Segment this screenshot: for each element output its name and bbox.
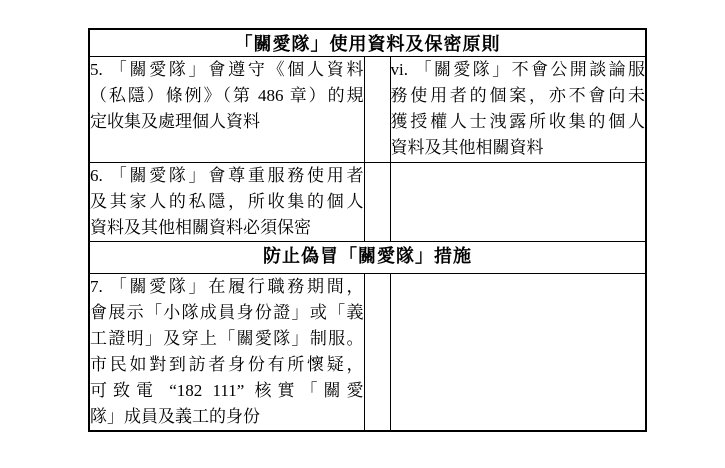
item-6-cell: 6. 「關愛隊」會尊重服務使用者及其家人的私隱，所收集的個人資料及其他相關資料必… <box>89 163 364 242</box>
text-line: 獲授權人士洩露所收集的個人 <box>391 109 646 135</box>
table-row: 6. 「關愛隊」會尊重服務使用者及其家人的私隱，所收集的個人資料及其他相關資料必… <box>89 163 646 242</box>
section1-header-row: 「關愛隊」使用資料及保密原則 <box>89 29 646 57</box>
item-5-cell: 5. 「關愛隊」會遵守《個人資料（私隱）條例》（第 486 章）的規定收集及處理… <box>89 57 364 163</box>
table-row: 7. 「關愛隊」在履行職務期間，會展示「小隊成員身份證」或「義工證明」及穿上「關… <box>89 274 646 432</box>
item-7-cell: 7. 「關愛隊」在履行職務期間，會展示「小隊成員身份證」或「義工證明」及穿上「關… <box>89 274 364 432</box>
section1-header: 「關愛隊」使用資料及保密原則 <box>89 29 646 57</box>
text-line: 可致電 “182 111” 核實「關愛 <box>90 378 364 404</box>
empty-cell <box>390 163 646 242</box>
spacer-cell <box>364 163 390 242</box>
text-line: 及其家人的私隱，所收集的個人 <box>90 189 364 215</box>
text-line: 定收集及處理個人資料 <box>90 109 364 135</box>
document-page: 「關愛隊」使用資料及保密原則 5. 「關愛隊」會遵守《個人資料（私隱）條例》（第… <box>0 0 725 468</box>
section2-header: 防止偽冒「關愛隊」措施 <box>89 242 646 274</box>
text-line: 資料及其他相關資料 <box>391 135 646 161</box>
spacer-cell <box>364 274 390 432</box>
text-line: 5. 「關愛隊」會遵守《個人資料 <box>90 57 364 83</box>
empty-cell <box>390 274 646 432</box>
section2-header-row: 防止偽冒「關愛隊」措施 <box>89 242 646 274</box>
text-line: vi. 「關愛隊」不會公開談論服 <box>391 57 646 83</box>
text-line: 務使用者的個案，亦不會向未 <box>391 83 646 109</box>
text-line: 市民如對到訪者身份有所懷疑， <box>90 352 364 378</box>
text-line: 工證明」及穿上「關愛隊」制服。 <box>90 326 364 352</box>
text-line: （私隱）條例》（第 486 章）的規 <box>90 83 364 109</box>
item-vi-cell: vi. 「關愛隊」不會公開談論服務使用者的個案，亦不會向未獲授權人士洩露所收集的… <box>390 57 646 163</box>
text-line: 會展示「小隊成員身份證」或「義 <box>90 300 364 326</box>
info-table: 「關愛隊」使用資料及保密原則 5. 「關愛隊」會遵守《個人資料（私隱）條例》（第… <box>88 28 647 432</box>
text-line: 資料及其他相關資料必須保密 <box>90 215 364 241</box>
text-line: 6. 「關愛隊」會尊重服務使用者 <box>90 163 364 189</box>
text-line: 隊」成員及義工的身份 <box>90 404 364 430</box>
spacer-cell <box>364 57 390 163</box>
table-row: 5. 「關愛隊」會遵守《個人資料（私隱）條例》（第 486 章）的規定收集及處理… <box>89 57 646 163</box>
text-line: 7. 「關愛隊」在履行職務期間， <box>90 274 364 300</box>
